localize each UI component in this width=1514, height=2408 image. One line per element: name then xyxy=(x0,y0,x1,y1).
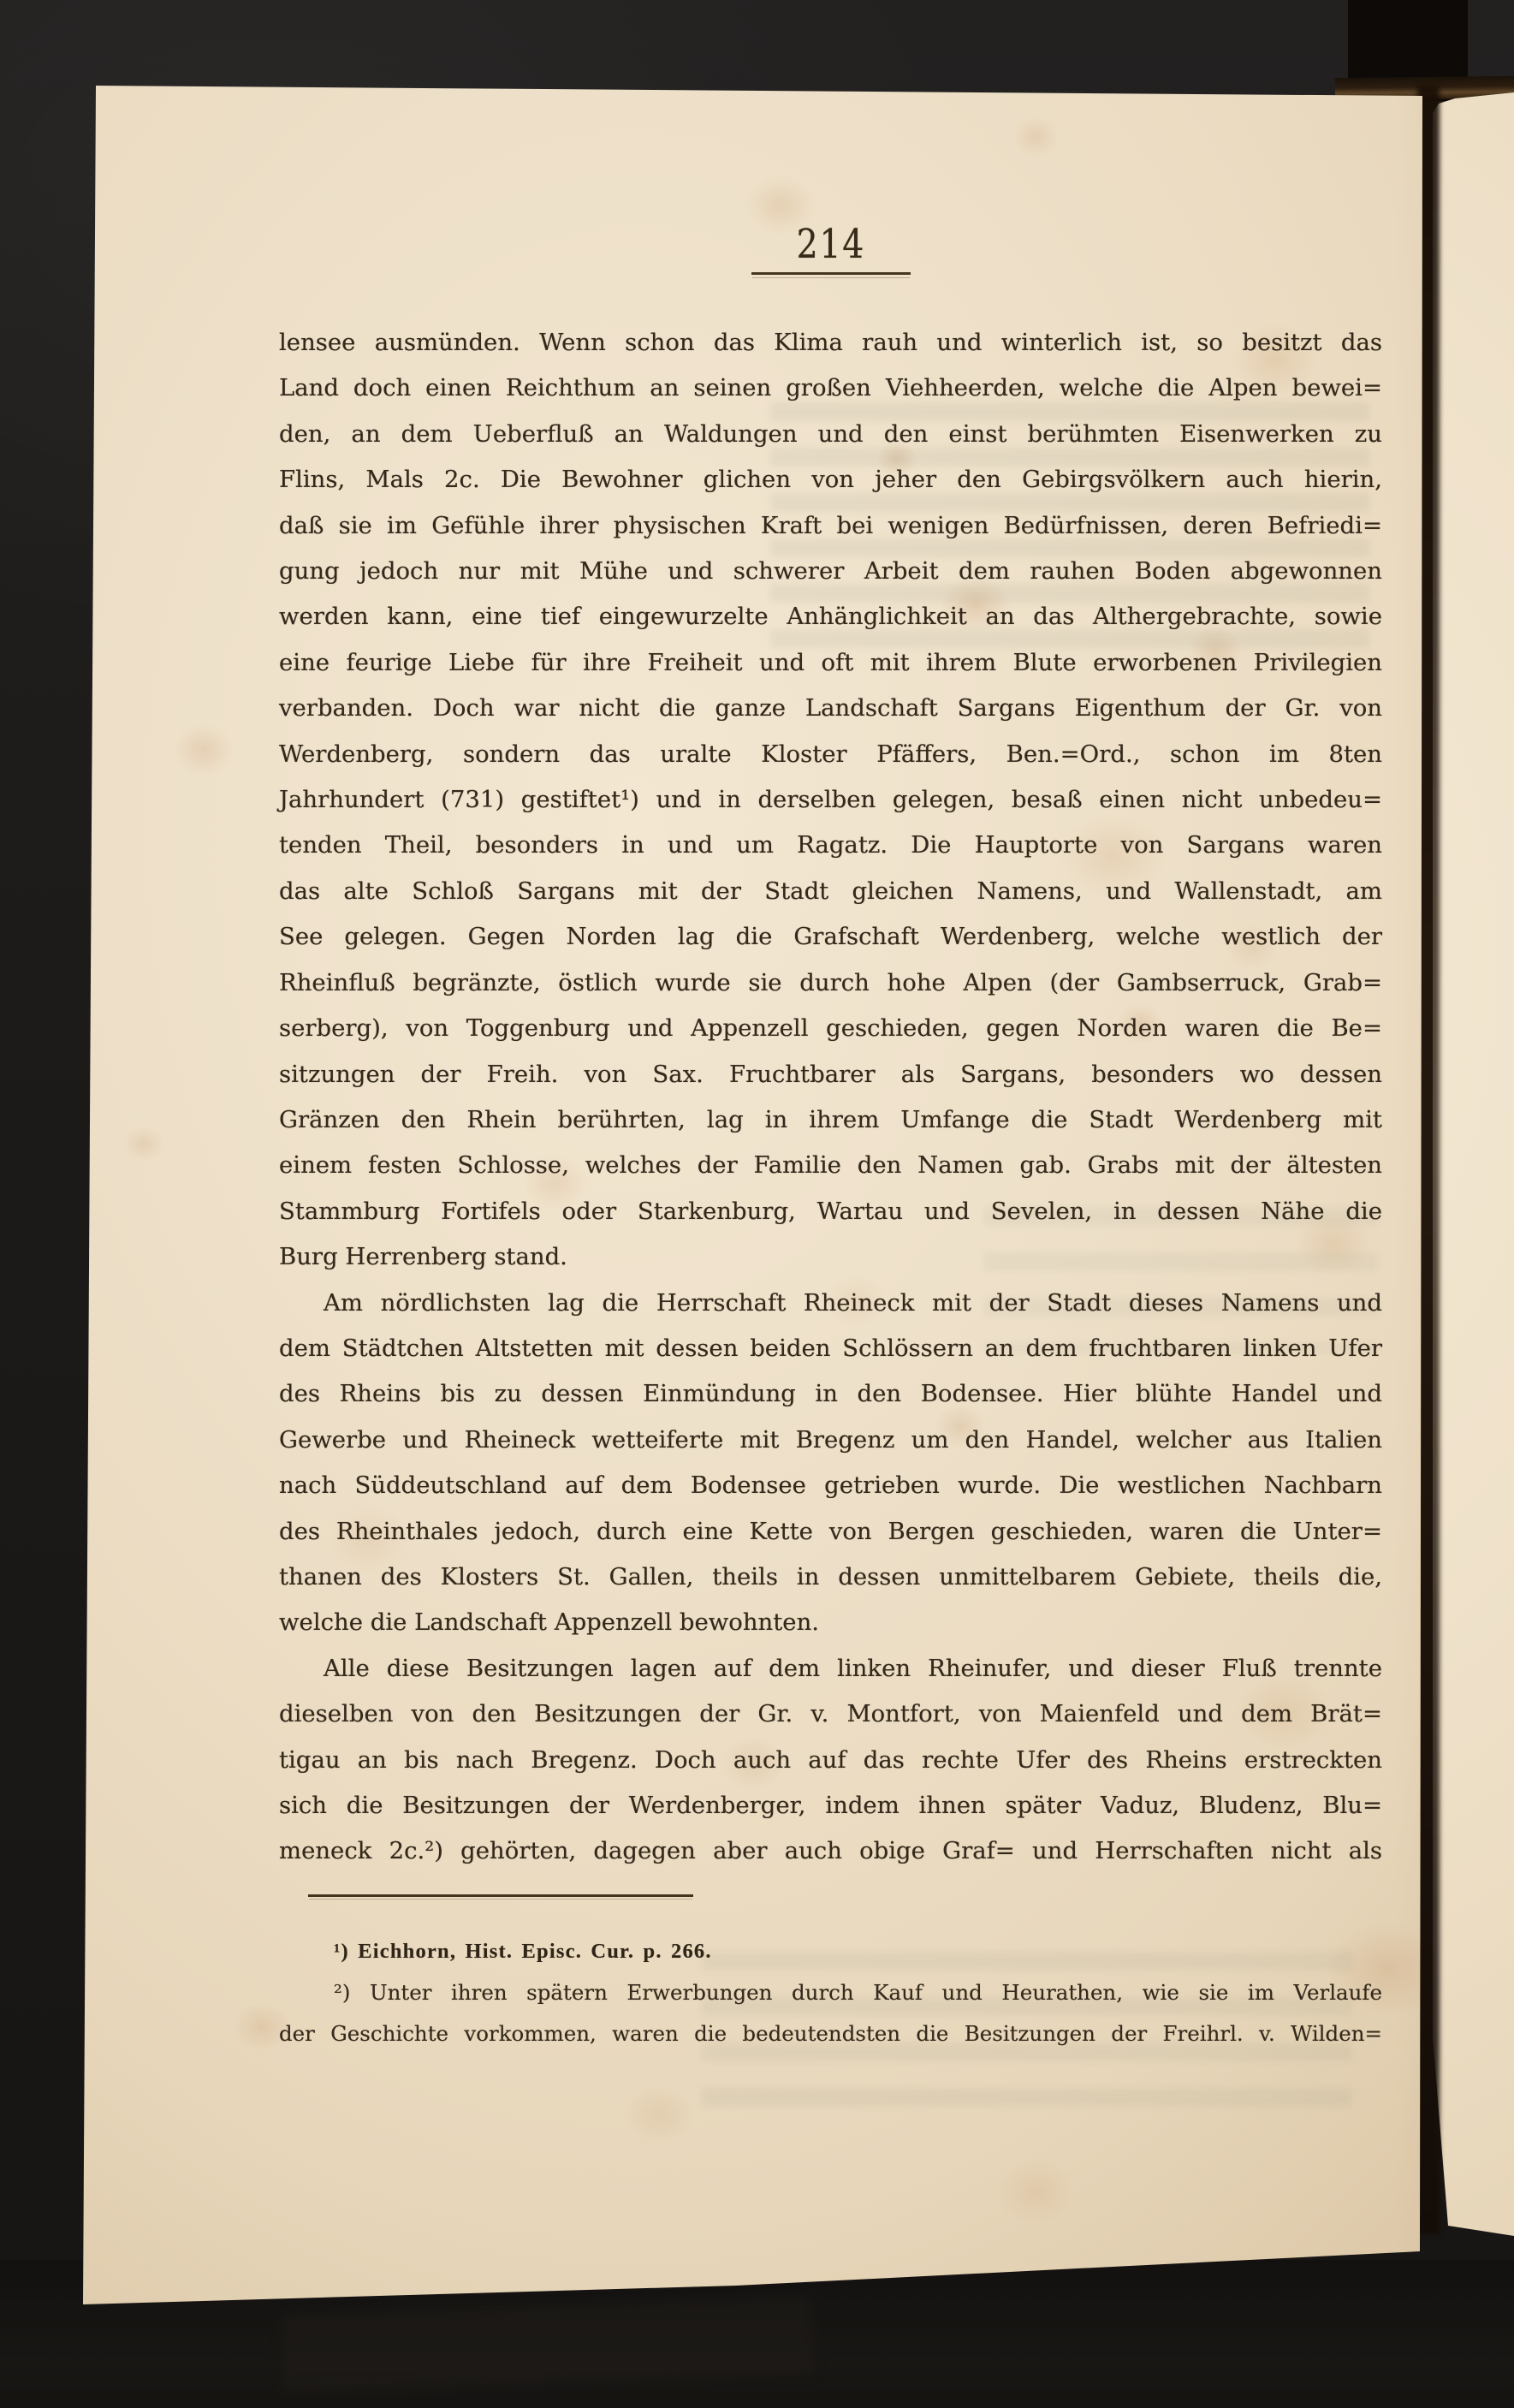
body-text: lensee ausmünden. Wenn schon das Klima r… xyxy=(279,320,1382,1875)
text-line: einem festen Schlosse, welches der Famil… xyxy=(279,1143,1382,1188)
text-line: Werdenberg, sondern das uralte Kloster P… xyxy=(279,732,1382,777)
text-line: Burg Herrenberg stand. xyxy=(279,1234,1382,1280)
text-line: nach Süddeutschland auf dem Bodensee get… xyxy=(279,1463,1382,1508)
text-line: Jahrhundert (731) gestiftet¹) und in der… xyxy=(279,777,1382,823)
text-line: meneck 2c.²) gehörten, dagegen aber auch… xyxy=(279,1828,1382,1874)
text-line: dieselben von den Besitzungen der Gr. v.… xyxy=(279,1692,1382,1737)
text-line: verbanden. Doch war nicht die ganze Land… xyxy=(279,686,1382,731)
text-line: Flins, Mals 2c. Die Bewohner glichen von… xyxy=(279,457,1382,502)
text-line: tigau an bis nach Bregenz. Doch auch auf… xyxy=(279,1738,1382,1783)
text-line: das alte Schloß Sargans mit der Stadt gl… xyxy=(279,869,1382,914)
footnote-separator xyxy=(308,1894,693,1897)
text-line: thanen des Klosters St. Gallen, theils i… xyxy=(279,1555,1382,1600)
footnotes: ¹) Eichhorn, Hist. Episc. Cur. p. 266.²)… xyxy=(279,1931,1382,2054)
text-line: eine feurige Liebe für ihre Freiheit und… xyxy=(279,640,1382,686)
text-line: daß sie im Gefühle ihrer physischen Kraf… xyxy=(279,503,1382,549)
footnote-line: ¹) Eichhorn, Hist. Episc. Cur. p. 266. xyxy=(279,1931,1382,1972)
text-line: serberg), von Toggenburg und Appenzell g… xyxy=(279,1006,1382,1051)
footnote-line: ²) Unter ihren spätern Erwerbungen durch… xyxy=(279,1972,1382,2013)
text-line: Am nördlichsten lag die Herrschaft Rhein… xyxy=(279,1281,1382,1326)
text-line: werden kann, eine tief eingewurzelte Anh… xyxy=(279,594,1382,639)
text-line: welche die Landschaft Appenzell bewohnte… xyxy=(279,1600,1382,1645)
text-line: gung jedoch nur mit Mühe und schwerer Ar… xyxy=(279,549,1382,594)
text-line: Gewerbe und Rheineck wetteiferte mit Bre… xyxy=(279,1418,1382,1463)
text-line: See gelegen. Gegen Norden lag die Grafsc… xyxy=(279,914,1382,960)
text-line: den, an dem Ueberfluß an Waldungen und d… xyxy=(279,412,1382,457)
text-line: Rheinfluß begränzte, östlich wurde sie d… xyxy=(279,960,1382,1006)
text-line: Land doch einen Reichthum an seinen groß… xyxy=(279,366,1382,411)
text-line: Stammburg Fortifels oder Starkenburg, Wa… xyxy=(279,1189,1382,1234)
text-line: sitzungen der Freih. von Sax. Fruchtbare… xyxy=(279,1052,1382,1097)
text-line: tenden Theil, besonders in und um Ragatz… xyxy=(279,823,1382,868)
text-line: Alle diese Besitzungen lagen auf dem lin… xyxy=(279,1646,1382,1692)
footnote-line: der Geschichte vorkommen, waren die bede… xyxy=(279,2013,1382,2054)
page-number: 214 xyxy=(796,224,864,265)
text-line: dem Städtchen Altstetten mit dessen beid… xyxy=(279,1326,1382,1371)
book-page: 214 lensee ausmünden. Wenn schon das Kli… xyxy=(0,0,1514,2408)
scanned-book-page: { "page": { "number": "214", "body": { "… xyxy=(0,0,1514,2408)
text-line: Gränzen den Rhein berührten, lag in ihre… xyxy=(279,1097,1382,1143)
page-header: 214 xyxy=(279,224,1382,275)
text-line: des Rheinthales jedoch, durch eine Kette… xyxy=(279,1509,1382,1555)
page-content: 214 lensee ausmünden. Wenn schon das Kli… xyxy=(0,0,1514,2408)
text-line: sich die Besitzungen der Werdenberger, i… xyxy=(279,1783,1382,1828)
text-line: lensee ausmünden. Wenn schon das Klima r… xyxy=(279,320,1382,366)
page-number-rule xyxy=(751,272,911,275)
text-line: des Rheins bis zu dessen Einmündung in d… xyxy=(279,1371,1382,1417)
